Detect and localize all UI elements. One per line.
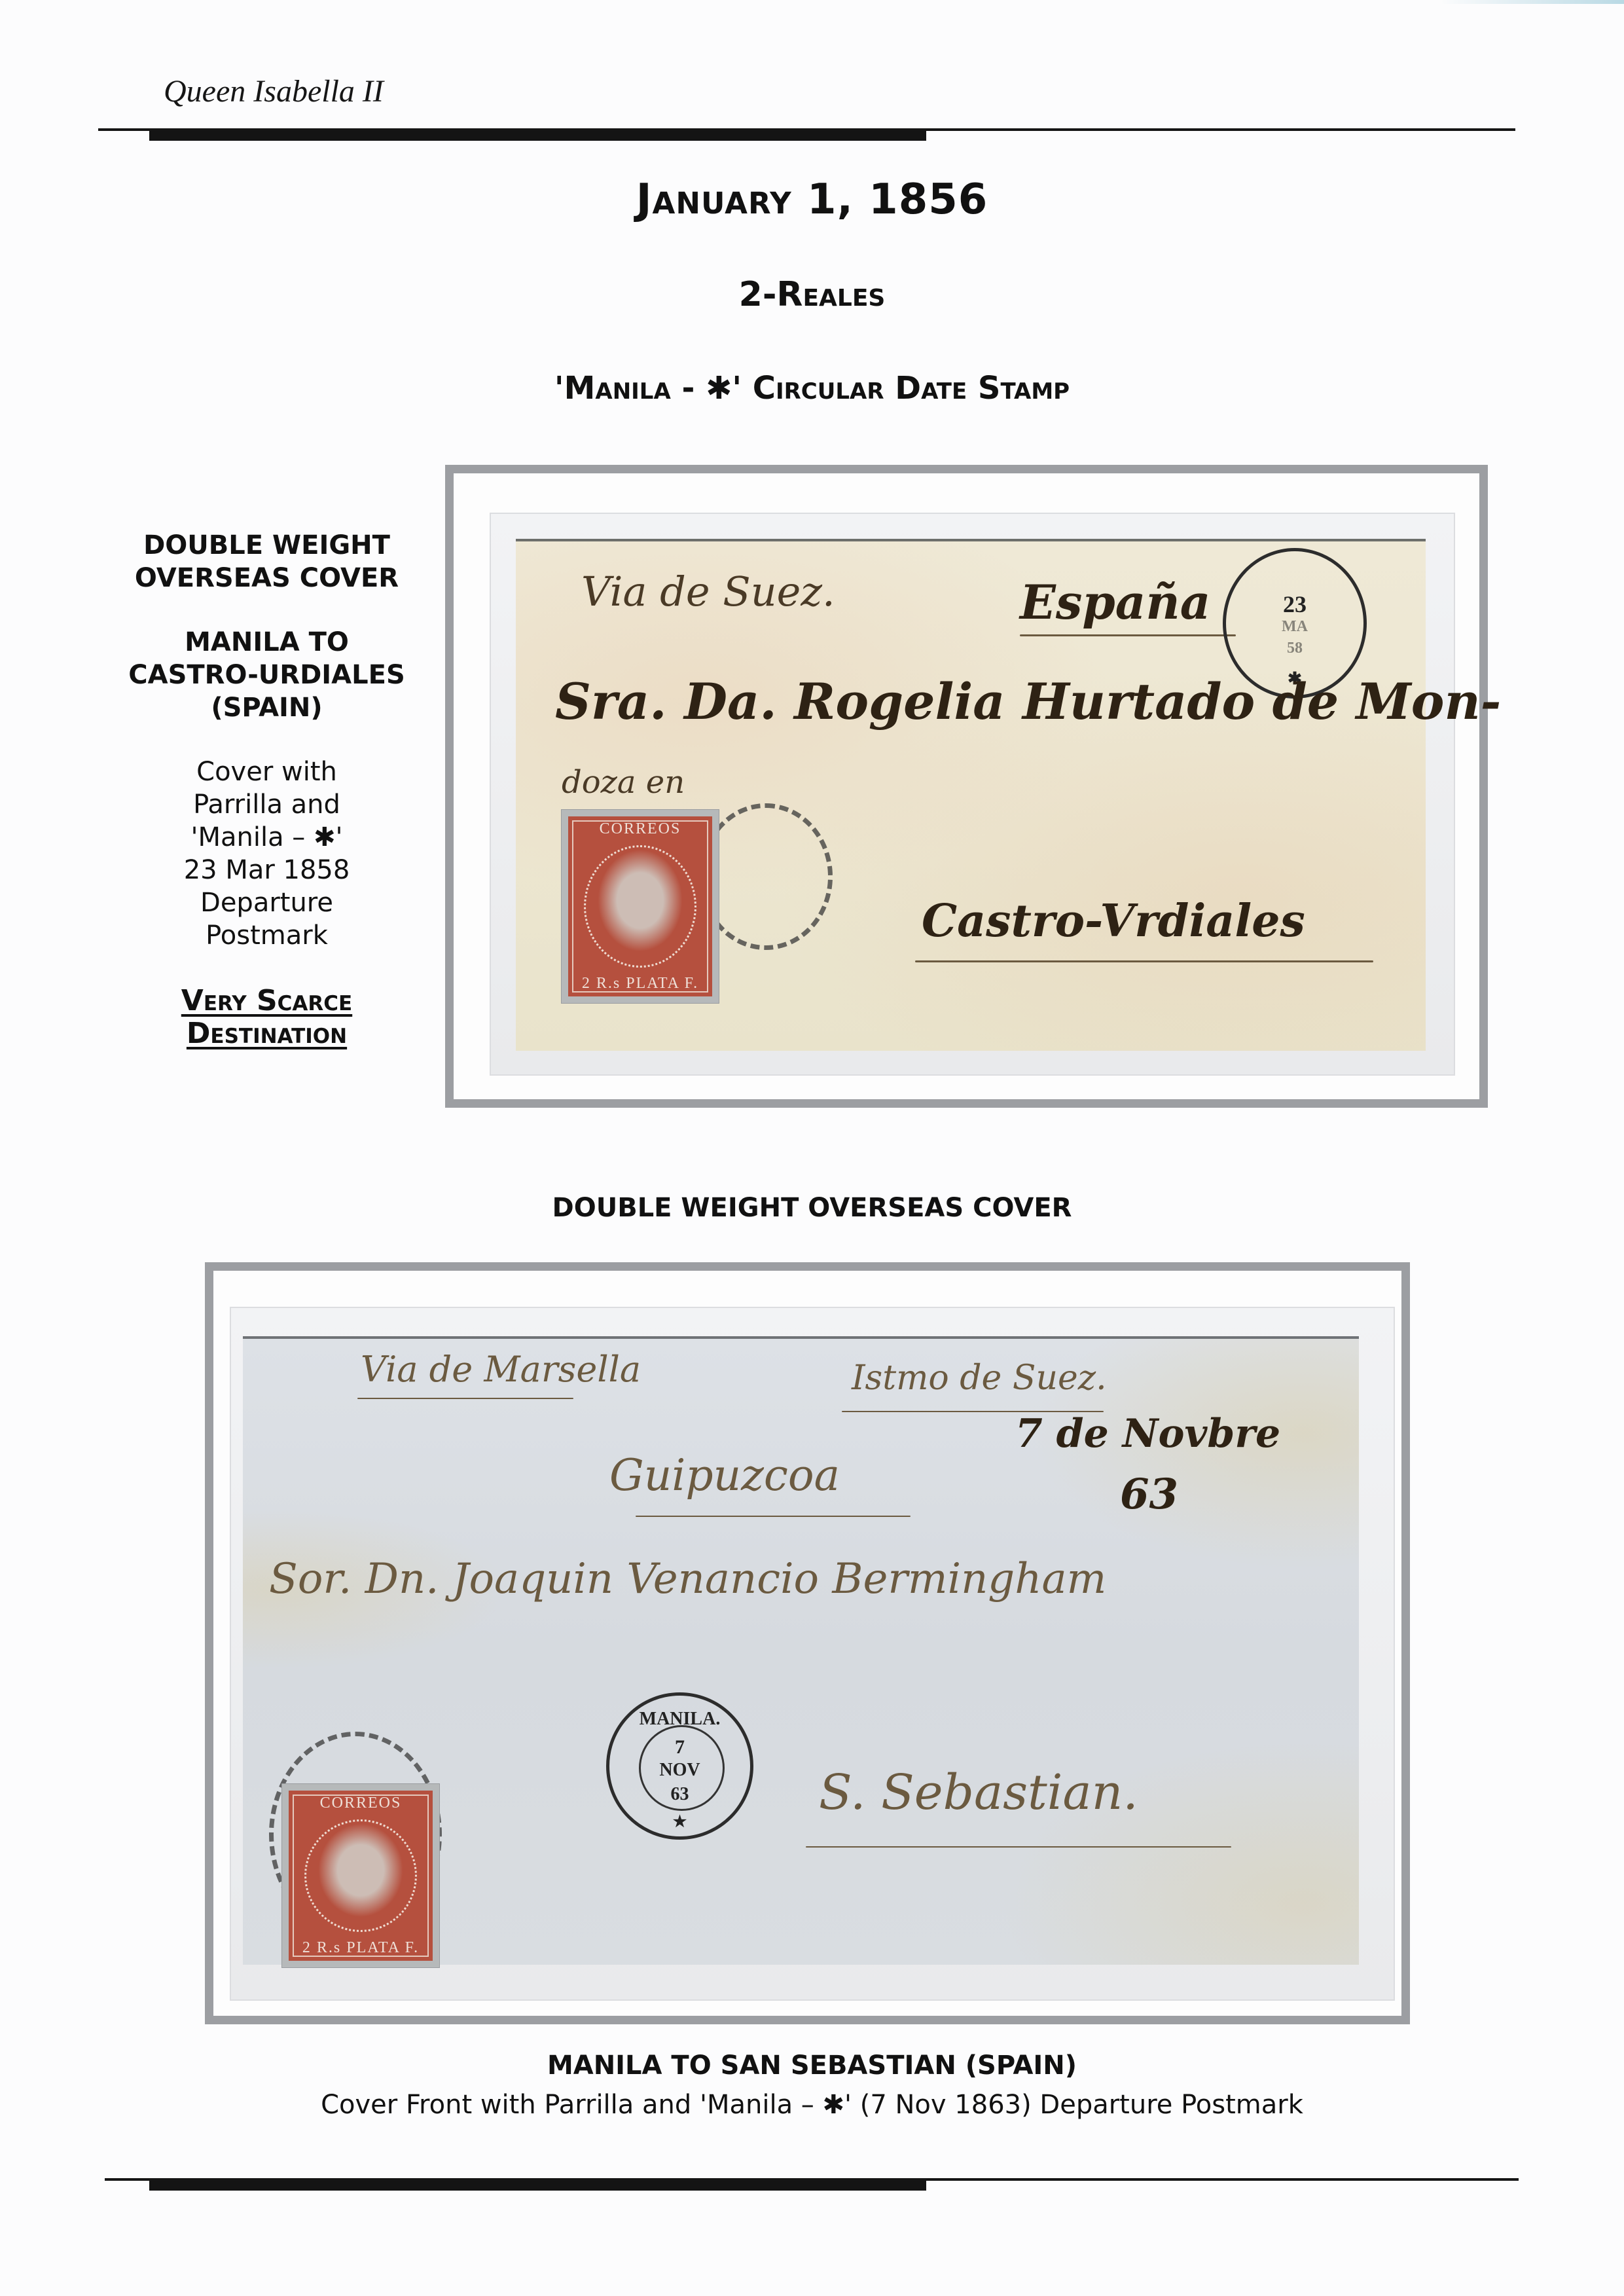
stamp-top-text: CORREOS [568,820,712,838]
header-rule-bar [149,131,926,141]
cover2-caption-desc: Cover Front with Parrilla and 'Manila – … [0,2090,1624,2120]
cover1-desc-line: Postmark [105,919,429,952]
cover1-desc-line: Cover with [105,756,429,788]
page-header-title: Queen Isabella II [164,73,384,109]
cover1-route-line1: MANILA TO [105,626,429,659]
cover2-city-underline [806,1846,1231,1848]
cover2-routing-note-1: Via de Marsella [361,1349,641,1390]
cover1-country: España [1020,574,1210,630]
postmark-month: MA [1226,618,1363,636]
cover2-heading: DOUBLE WEIGHT OVERSEAS COVER [0,1193,1624,1223]
cover2-stamp: CORREOS 2 R.s PLATA F. [282,1784,439,1967]
cover1-desc-line: 'Manila – ✱' [105,821,429,854]
cover1-side-caption: DOUBLE WEIGHT OVERSEAS COVER MANILA TO C… [105,529,429,1050]
cover1-type: DOUBLE WEIGHT OVERSEAS COVER [105,529,429,594]
page-subtitle-postmark: 'Manila - ✱' Circular Date Stamp [0,370,1624,407]
cover1-desc-line: 23 Mar 1858 [105,854,429,886]
cover2-addressee: Sor. Dn. Joaquin Venancio Bermingham [269,1555,1106,1603]
cover1-addressee: Sra. Da. Rogelia Hurtado de Mon- [555,672,1501,731]
cover2-envelope: Via de Marsella Istmo de Suez. 7 de Novb… [243,1336,1359,1965]
cover1-addressee-cont: doza en [562,764,685,801]
postmark-town: MANILA. [609,1709,750,1730]
cover1-route-line3: (SPAIN) [105,691,429,724]
cover1-stamp: CORREOS 2 R.s PLATA F. [562,810,719,1003]
postmark-year: 58 [1226,640,1363,657]
cover2-frame: Via de Marsella Istmo de Suez. 7 de Novb… [205,1262,1410,2024]
cover2-year-note: 63 [1120,1470,1178,1519]
footer-rule-bar [149,2181,926,2191]
cover1-desc-line: Parrilla and [105,788,429,821]
cover2-routing-underline [357,1398,573,1399]
stamp-portrait [584,845,696,968]
cover1-city: Castro-Vrdiales [922,895,1305,947]
page-subtitle-value: 2-Reales [0,275,1624,314]
cover2-caption-title: MANILA TO SAN SEBASTIAN (SPAIN) [0,2050,1624,2081]
postmark-day: 23 [1226,591,1363,618]
cover1-scarcity-note-line2: Destination [105,1017,429,1050]
stamp-portrait [304,1819,417,1932]
scan-edge-artifact [1440,0,1624,4]
cover1-route-line2: CASTRO-URDIALES [105,659,429,691]
cover2-province: Guipuzcoa [609,1450,840,1501]
cover1-routing-note: Via de Suez. [581,568,835,615]
cover1-scarcity-note-line1: Very Scarce [105,985,429,1017]
page-title-date: January 1, 1856 [0,175,1624,224]
postmark-day: 7 [609,1736,750,1758]
postmark-star-icon: ★ [609,1812,750,1831]
cover2-date-note: 7 de Novbre [1015,1411,1280,1457]
stamp-bottom-text: 2 R.s PLATA F. [568,975,712,993]
cover2-province-underline [636,1516,911,1517]
cover2-city: S. Sebastian. [819,1764,1138,1821]
cover1-desc-line: Departure [105,886,429,919]
stamp-top-text: CORREOS [289,1795,433,1812]
cover2-routing-note-2: Istmo de Suez. [852,1358,1107,1398]
cover1-country-underline [1020,634,1236,636]
cover1-frame: Via de Suez. España 23 MA 58 ✱ Sra. Da. … [445,465,1488,1108]
cover2-manila-postmark: MANILA. 7 NOV 63 ★ [606,1692,753,1840]
postmark-month: NOV [609,1760,750,1781]
cover1-city-underline [915,960,1373,962]
cover1-parrilla-cancel [699,803,833,950]
stamp-bottom-text: 2 R.s PLATA F. [289,1939,433,1957]
cover1-envelope: Via de Suez. España 23 MA 58 ✱ Sra. Da. … [516,539,1426,1051]
postmark-year: 63 [609,1784,750,1805]
